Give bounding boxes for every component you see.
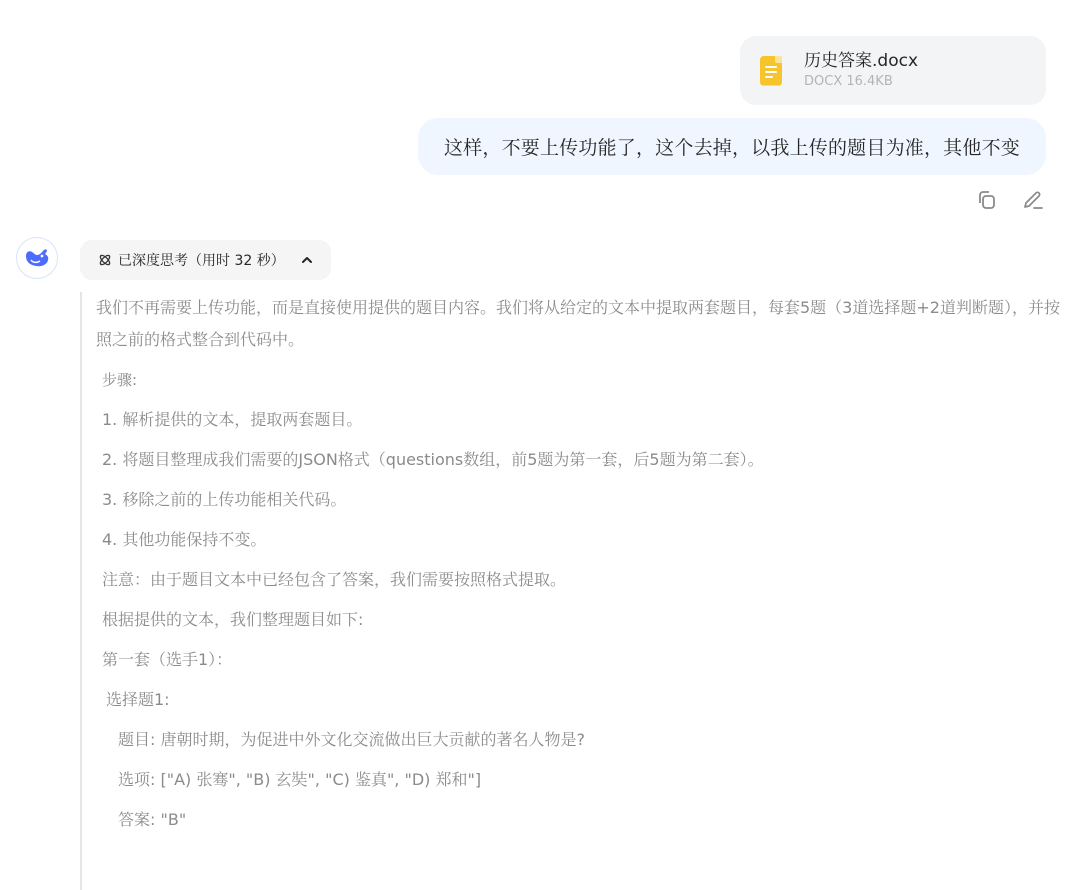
question-answer: 答案: "B" <box>96 804 1060 836</box>
attachment-card[interactable]: 历史答案.docx DOCX 16.4KB <box>740 36 1046 105</box>
attachment-file-meta: DOCX 16.4KB <box>804 73 918 91</box>
chat-page: 历史答案.docx DOCX 16.4KB 这样，不要上传功能了，这个去掉，以我… <box>0 0 1080 890</box>
assistant-avatar <box>16 237 58 279</box>
step-item: 3. 移除之前的上传功能相关代码。 <box>96 484 1060 516</box>
user-message-text: 这样，不要上传功能了，这个去掉，以我上传的题目为准，其他不变 <box>444 133 1020 160</box>
edit-pencil-icon <box>1022 189 1044 211</box>
atom-icon <box>98 253 112 267</box>
thinking-lead: 根据提供的文本，我们整理题目如下: <box>96 604 1060 636</box>
edit-button[interactable] <box>1020 187 1046 213</box>
step-item: 4. 其他功能保持不变。 <box>96 524 1060 556</box>
question-stem: 题目: 唐朝时期，为促进中外文化交流做出巨大贡献的著名人物是? <box>96 724 1060 756</box>
chevron-up-icon <box>301 256 313 264</box>
thinking-intro: 我们不再需要上传功能，而是直接使用提供的题目内容。我们将从给定的文本中提取两套题… <box>96 292 1060 356</box>
question-set-title: 第一套（选手1）： <box>96 644 1060 676</box>
thinking-content: 我们不再需要上传功能，而是直接使用提供的题目内容。我们将从给定的文本中提取两套题… <box>80 292 1060 890</box>
deep-thinking-label: 已深度思考（用时 32 秒） <box>118 250 285 270</box>
steps-label: 步骤: <box>96 364 1060 396</box>
whale-logo-icon <box>24 247 50 269</box>
step-item: 1. 解析提供的文本，提取两套题目。 <box>96 404 1060 436</box>
question-options: 选项: ["A) 张骞", "B) 玄奘", "C) 鉴真", "D) 郑和"] <box>96 764 1060 796</box>
deep-thinking-toggle[interactable]: 已深度思考（用时 32 秒） <box>80 240 331 280</box>
copy-button[interactable] <box>974 187 1000 213</box>
step-item: 2. 将题目整理成我们需要的JSON格式（questions数组，前5题为第一套… <box>96 444 1060 476</box>
question-label: 选择题1: <box>96 684 1060 716</box>
user-message-actions <box>974 187 1046 213</box>
thinking-note: 注意：由于题目文本中已经包含了答案，我们需要按照格式提取。 <box>96 564 1060 596</box>
user-message-bubble: 这样，不要上传功能了，这个去掉，以我上传的题目为准，其他不变 <box>418 118 1046 175</box>
copy-icon <box>976 189 998 211</box>
document-icon <box>760 56 782 86</box>
attachment-file-name: 历史答案.docx <box>804 50 918 72</box>
